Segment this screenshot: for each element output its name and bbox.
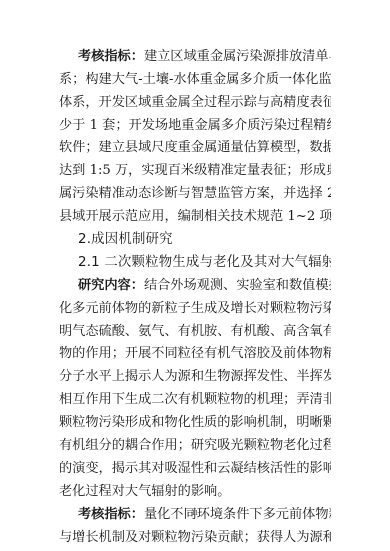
paragraph-line: 属污染精准动态诊断与智慧监管方案，并选择 2 个以上典型	[59, 184, 331, 204]
page-number: 11	[0, 508, 390, 518]
paragraph-line: 明气态硫酸、氨气、有机胺、有机酸、高含氧有机物等前体	[59, 322, 331, 342]
paragraph-line: 化多元前体物的新粒子生成及增长对颗粒物污染的贡献，阐	[59, 299, 331, 319]
subsection-heading: 2.1 二次颗粒物生成与老化及其对大气辐射的影响机制	[78, 253, 331, 273]
paragraph-line: 物的作用；开展不同粒径有机气溶胶及前体物精细溯源，在	[59, 344, 331, 364]
paragraph-line: 少于 1 套；开发场地重金属多介质污染过程精细刻画与预测	[59, 116, 331, 136]
paragraph-text: 建立区域重金属污染源排放清单与监测体	[144, 49, 331, 64]
paragraph-line: 有机组分的耦合作用；研究吸光颗粒物老化过程中理化特性	[59, 436, 331, 456]
paragraph-line: 达到 1:5 万，实现百米级精准定量表征；形成典型区域重金	[59, 161, 331, 181]
paragraph-line: 县域开展示范应用，编制相关技术规范 1~2 项（征求意见稿）。	[59, 207, 331, 227]
paragraph-line: 颗粒物污染形成和物化性质的影响机制，明晰颗粒物无机和	[59, 413, 331, 433]
section-heading: 2.成因机制研究	[78, 230, 198, 250]
paragraph-line: 软件；建立县域尺度重金属通量估算模型，数据空间分辨率	[59, 138, 331, 158]
paragraph-line: 考核指标：建立区域重金属污染源排放清单与监测体	[78, 47, 331, 67]
paragraph-line: 分子水平上揭示人为源和生物源挥发性、半挥发性有机物等	[59, 367, 331, 387]
paragraph-text: 结合外场观测、实验室和数值模拟实验，量	[144, 278, 331, 293]
paragraph-line: 老化过程对大气辐射的影响。	[59, 482, 331, 502]
paragraph-line: 与增长机制及对颗粒物污染贡献；获得人为源和生物源挥发	[59, 528, 331, 548]
paragraph-line: 研究内容：结合外场观测、实验室和数值模拟实验，量	[78, 276, 331, 296]
paragraph-line: 相互作用下生成二次有机颗粒物的机理；弄清非均相反应对	[59, 390, 331, 410]
paragraph-line: 体系，开发区域重金属全过程示踪与高精度表征溯源方法不	[59, 93, 331, 113]
paragraph-line: 系；构建大气-土壤-水体重金属多介质一体化监测技术方法	[59, 70, 331, 90]
assessment-label: 考核指标：	[78, 49, 144, 64]
research-content-label: 研究内容：	[78, 278, 144, 293]
paragraph-line: 的演变，揭示其对吸湿性和云凝结核活性的影响，定量表征	[59, 459, 331, 479]
document-page: 考核指标：建立区域重金属污染源排放清单与监测体 系；构建大气-土壤-水体重金属多…	[0, 0, 390, 551]
